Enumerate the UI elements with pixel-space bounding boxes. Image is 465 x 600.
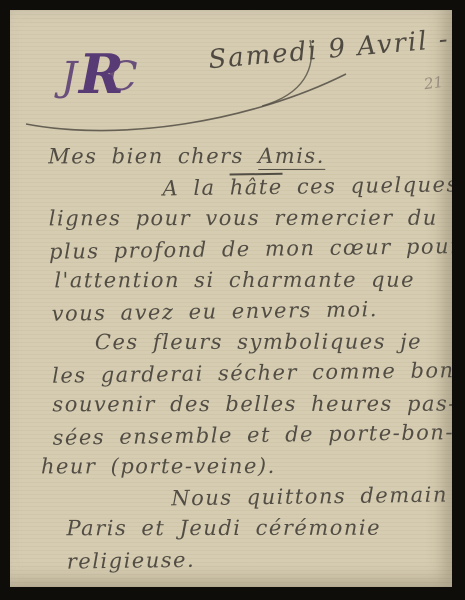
- letter-line: l'attention si charmante que: [54, 265, 445, 297]
- letter-line: heur (porte-veine).: [41, 451, 447, 483]
- letter-line: souvenir des belles heures pas-: [52, 389, 446, 421]
- date-line: Samedi 9 Avril -: [207, 23, 452, 76]
- letter-line: vous avez eu envers moi.: [51, 293, 445, 329]
- pencil-page-number: 21: [423, 73, 444, 93]
- letter-line: Ces fleurs symboliques je: [95, 326, 446, 358]
- letter-paper: J R C Samedi 9 Avril - 21 Mes bien chers…: [10, 10, 452, 587]
- monogram: J R C: [55, 36, 139, 120]
- letter-line: lignes pour vous remercier du: [49, 203, 445, 235]
- salutation-prefix: Mes bien chers: [48, 144, 258, 168]
- letter-line: sées ensemble et de porte-bon-: [52, 417, 446, 453]
- letter-line: les garderai sécher comme bon: [52, 355, 446, 391]
- letter-line: religieuse.: [67, 541, 448, 577]
- letter-body: Mes bien chers Amis. A la hâte ces quelq…: [48, 139, 448, 576]
- monogram-letter-j: J: [61, 54, 77, 100]
- letter-line: Nous quittons demain: [171, 480, 447, 515]
- letter-line: A la hâte ces quelques: [162, 170, 444, 205]
- line2-post: ces quelques: [283, 172, 452, 198]
- letter-line: Mes bien chers Amis.: [48, 141, 444, 173]
- scan-background: J R C Samedi 9 Avril - 21 Mes bien chers…: [0, 0, 465, 600]
- line2-word-overlined: hâte: [230, 175, 283, 200]
- letter-line: plus profond de mon cœur pour: [49, 231, 445, 268]
- monogram-letter-c: C: [107, 54, 138, 100]
- line2-pre: A la: [162, 176, 230, 201]
- letter-line: Paris et Jeudi cérémonie: [66, 513, 447, 545]
- salutation-name-underlined: Amis.: [258, 144, 325, 170]
